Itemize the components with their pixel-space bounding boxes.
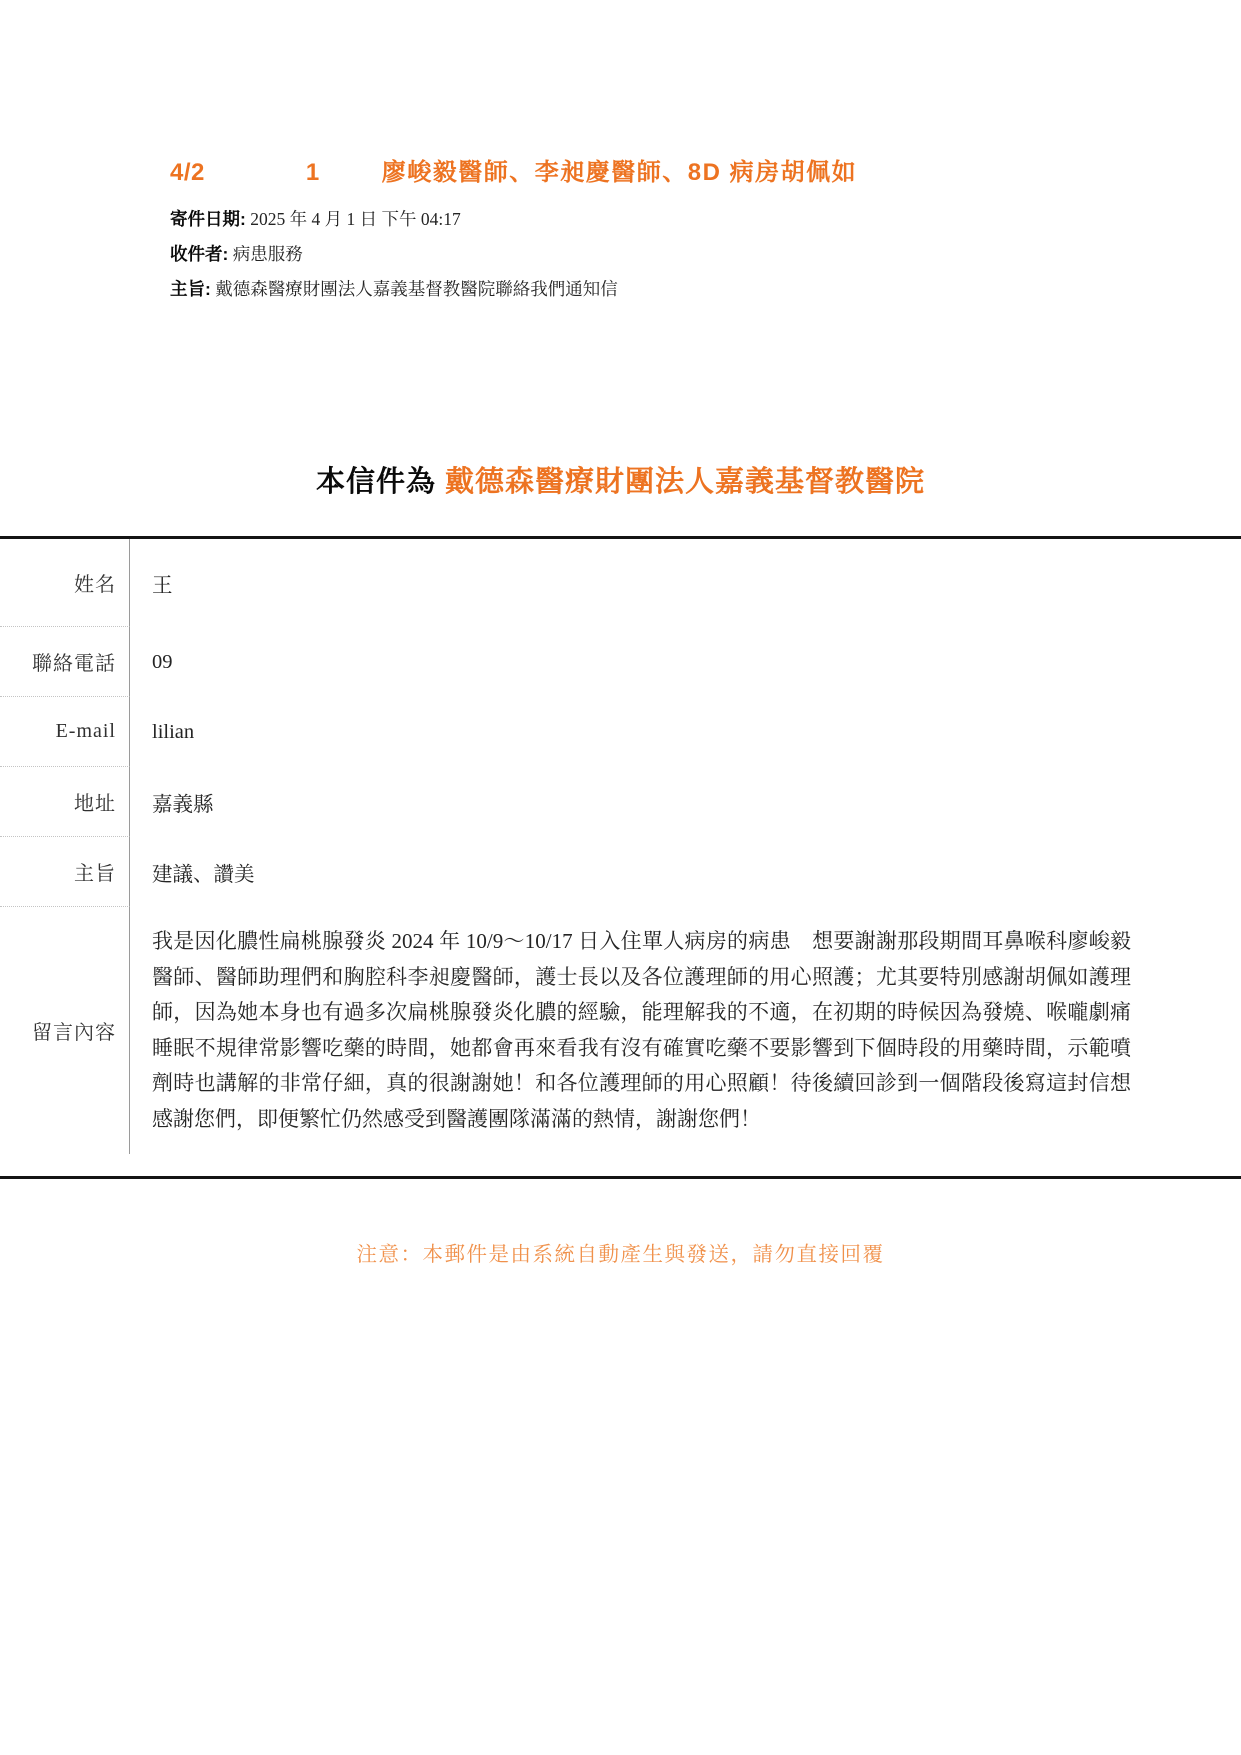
message-value: 我是因化膿性扁桃腺發炎 2024 年 10/9～10/17 日入住單人病房的病患… <box>130 907 1241 1154</box>
auto-reply-notice: 注意：本郵件是由系統自動產生與發送，請勿直接回覆 <box>0 1237 1241 1267</box>
email-value: lilian <box>130 697 1241 767</box>
email-label: E-mail <box>0 697 130 767</box>
topic-value: 建議、讚美 <box>130 837 1241 907</box>
bottom-divider <box>0 1176 1241 1179</box>
table-row-topic: 主旨 建議、讚美 <box>0 837 1241 907</box>
name-label: 姓名 <box>0 539 130 627</box>
table-row-phone: 聯絡電話 09 <box>0 627 1241 697</box>
table-row-message: 留言內容 我是因化膿性扁桃腺發炎 2024 年 10/9～10/17 日入住單人… <box>0 907 1241 1154</box>
header-count: 1 <box>306 159 320 187</box>
phone-value: 09 <box>130 627 1241 697</box>
sent-date-value: 2025 年 4 月 1 日 下午 04:17 <box>250 209 461 229</box>
table-row-name: 姓名 王 <box>0 539 1241 627</box>
meta-row-sent-date: 寄件日期: 2025 年 4 月 1 日 下午 04:17 <box>170 202 1241 237</box>
meta-row-recipient: 收件者: 病患服務 <box>170 237 1241 272</box>
sent-date-label: 寄件日期: <box>170 209 246 229</box>
mail-subject-header: 4/2 1 廖峻毅醫師、李昶慶醫師、8D 病房胡佩如 <box>170 152 1241 187</box>
address-label: 地址 <box>0 767 130 837</box>
banner-hospital-name: 戴德森醫療財團法人嘉義基督教醫院 <box>445 466 925 498</box>
table-row-email: E-mail lilian <box>0 697 1241 767</box>
message-label: 留言內容 <box>0 907 130 1154</box>
contact-form-table: 姓名 王 聯絡電話 09 E-mail lilian 地址 嘉義縣 主旨 建議、… <box>0 539 1241 1154</box>
topic-label: 主旨 <box>0 837 130 907</box>
banner-title: 本信件為 戴德森醫療財團法人嘉義基督教醫院 <box>0 459 1241 500</box>
table-row-address: 地址 嘉義縣 <box>0 767 1241 837</box>
header-subject-title: 廖峻毅醫師、李昶慶醫師、8D 病房胡佩如 <box>382 152 857 187</box>
subject-label: 主旨: <box>170 279 211 299</box>
mail-meta-block: 寄件日期: 2025 年 4 月 1 日 下午 04:17 收件者: 病患服務 … <box>170 202 1241 307</box>
meta-row-subject: 主旨: 戴德森醫療財團法人嘉義基督教醫院聯絡我們通知信 <box>170 272 1241 307</box>
phone-label: 聯絡電話 <box>0 627 130 697</box>
address-value: 嘉義縣 <box>130 767 1241 837</box>
name-value: 王 <box>130 539 1241 627</box>
recipient-label: 收件者: <box>170 244 228 264</box>
header-date: 4/2 <box>170 159 205 187</box>
subject-value: 戴德森醫療財團法人嘉義基督教醫院聯絡我們通知信 <box>215 279 618 299</box>
recipient-value: 病患服務 <box>233 244 303 264</box>
banner-prefix: 本信件為 <box>316 466 445 498</box>
